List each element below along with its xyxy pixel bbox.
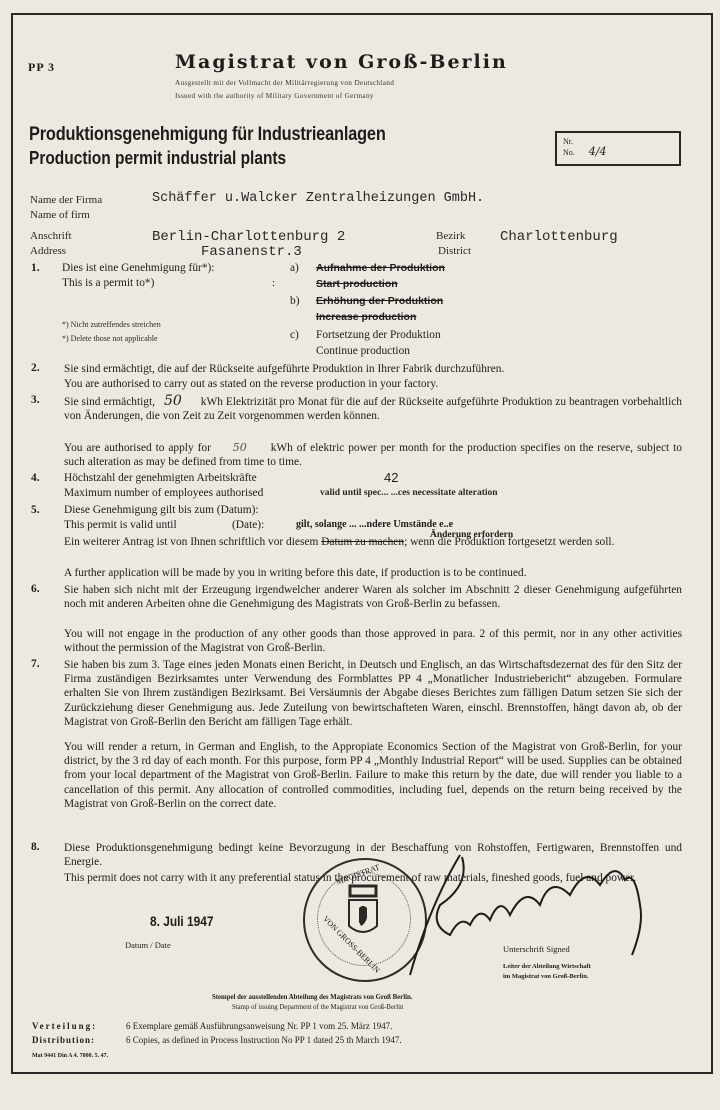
section1-number: 1.: [31, 262, 40, 274]
section1-de: Dies ist eine Genehmigung für*):: [62, 262, 214, 274]
distribution-label-en: Distribution:: [32, 1035, 95, 1045]
section7-de: Sie haben bis zum 3. Tage eines jeden Mo…: [64, 658, 682, 729]
section4-en: Maximum number of employees authorised: [64, 487, 263, 499]
date-label: Datum / Date: [125, 940, 171, 950]
section5-number: 5.: [31, 504, 40, 516]
validity-stamp-en: valid until spec... ...ces necessitate a…: [320, 488, 498, 498]
title-de: Produktionsgenehmigung für Industrieanla…: [29, 124, 386, 146]
address-label-en: Address: [30, 245, 66, 257]
section2-en: You are authorised to carry out as state…: [64, 377, 682, 391]
section1-en: This is a permit to*): [62, 277, 154, 289]
stamp-caption-en: Stamp of issuing Department of the Magis…: [232, 1004, 403, 1011]
section3-en-before: You are authorised to apply for: [64, 442, 211, 454]
section3-number: 3.: [31, 394, 40, 406]
section2-number: 2.: [31, 362, 40, 374]
number-label-en: No.: [563, 148, 575, 157]
issued-en: Issued with the authority of Military Go…: [175, 91, 374, 100]
option-a-de: Aufnahme der Produktion: [316, 262, 445, 274]
colon-mark: :: [272, 277, 275, 289]
option-b-key: b): [290, 295, 300, 307]
date-stamp: 8. Juli 1947: [150, 913, 214, 929]
authority-title: Magistrat von Groß-Berlin: [175, 51, 508, 73]
section6-de: Sie haben sich nicht mit der Erzeugung i…: [64, 583, 682, 611]
option-c-de: Fortsetzung der Produktion: [316, 329, 441, 341]
stamp-caption-de: Stempel der ausstellenden Abteilung des …: [212, 994, 412, 1001]
section3-de-before: Sie sind ermächtigt,: [64, 396, 155, 408]
signature-label: Unterschrift Signed: [503, 944, 570, 954]
kwh-value-handwritten: 50: [164, 393, 182, 409]
firm-label-en: Name of firm: [30, 209, 90, 221]
section7-number: 7.: [31, 658, 40, 670]
section5-en2: A further application will be made by yo…: [64, 566, 682, 580]
distribution-label-de: Verteilung:: [32, 1021, 97, 1031]
section4-de: Höchstzahl der genehmigten Arbeitskräfte: [64, 472, 257, 484]
option-a-en: Start production: [316, 278, 398, 290]
section7-en: You will render a return, in German and …: [64, 740, 682, 811]
section5-de2: Ein weiterer Antrag ist von Ihnen schrif…: [64, 535, 682, 549]
struck-date-text: Datum zu machen: [321, 536, 404, 548]
footnote-en: *) Delete those not applicable: [62, 334, 158, 343]
number-box: Nr. No. 4/4: [555, 131, 681, 166]
signer-title-1: Leiter der Abteilung Wirtschaft: [503, 963, 591, 970]
number-label-de: Nr.: [563, 137, 673, 147]
section2-de: Sie sind ermächtigt, die auf der Rücksei…: [64, 362, 682, 376]
address-line1: Berlin-Charlottenburg 2: [152, 229, 345, 245]
section5-de: Diese Genehmigung gilt bis zum (Datum):: [64, 504, 259, 516]
option-b-de: Erhöhung der Produktion: [316, 295, 443, 307]
address-label-de: Anschrift: [30, 230, 72, 242]
option-a-key: a): [290, 262, 299, 274]
section6-number: 6.: [31, 583, 40, 595]
address-line2: Fasanenstr.3: [201, 244, 302, 260]
section3-de-after: kWh Elektrizität pro Monat für die auf d…: [64, 396, 682, 422]
signer-title-2: im Magistrat von Groß-Berlin.: [503, 973, 588, 980]
print-code: Mat 9441 Din A 4. 7000. 5. 47.: [32, 1053, 108, 1059]
district-label-en: District: [438, 245, 471, 257]
section3-en: You are authorised to apply for 50 kWh o…: [64, 441, 682, 469]
option-c-key: c): [290, 329, 299, 341]
number-value: 4/4: [589, 145, 607, 158]
firm-name: Schäffer u.Walcker Zentralheizungen GmbH…: [152, 191, 484, 206]
footnote-de: *) Nicht zutreffendes streichen: [62, 320, 161, 329]
option-b-en: Increase production: [316, 311, 416, 323]
validity-stamp-de: gilt, solange ... ...ndere Umstände e..e: [296, 519, 453, 530]
section5-en: This permit is valid until: [64, 519, 177, 531]
distribution-text-en: 6 Copies, as defined in Process Instruct…: [126, 1035, 402, 1045]
firm-label-de: Name der Firma: [30, 194, 102, 206]
kwh-value-faint: 50: [233, 441, 247, 454]
district-label-de: Bezirk: [436, 230, 465, 242]
section6-en: You will not engage in the production of…: [64, 627, 682, 655]
section8-number: 8.: [31, 841, 40, 853]
section4-number: 4.: [31, 472, 40, 484]
employees-value: 42: [384, 470, 398, 485]
distribution-text-de: 6 Exemplare gemäß Ausführungsanweisung N…: [126, 1021, 392, 1031]
title-en: Production permit industrial plants: [29, 148, 286, 169]
section3-de: Sie sind ermächtigt, 50 kWh Elektrizität…: [64, 394, 682, 423]
section5-date-label: (Date):: [232, 519, 264, 531]
issued-de: Ausgestellt mit der Vollmacht der Militä…: [175, 78, 394, 87]
option-c-en: Continue production: [316, 345, 410, 357]
district-value: Charlottenburg: [500, 229, 618, 245]
form-code: PP 3: [28, 60, 55, 75]
